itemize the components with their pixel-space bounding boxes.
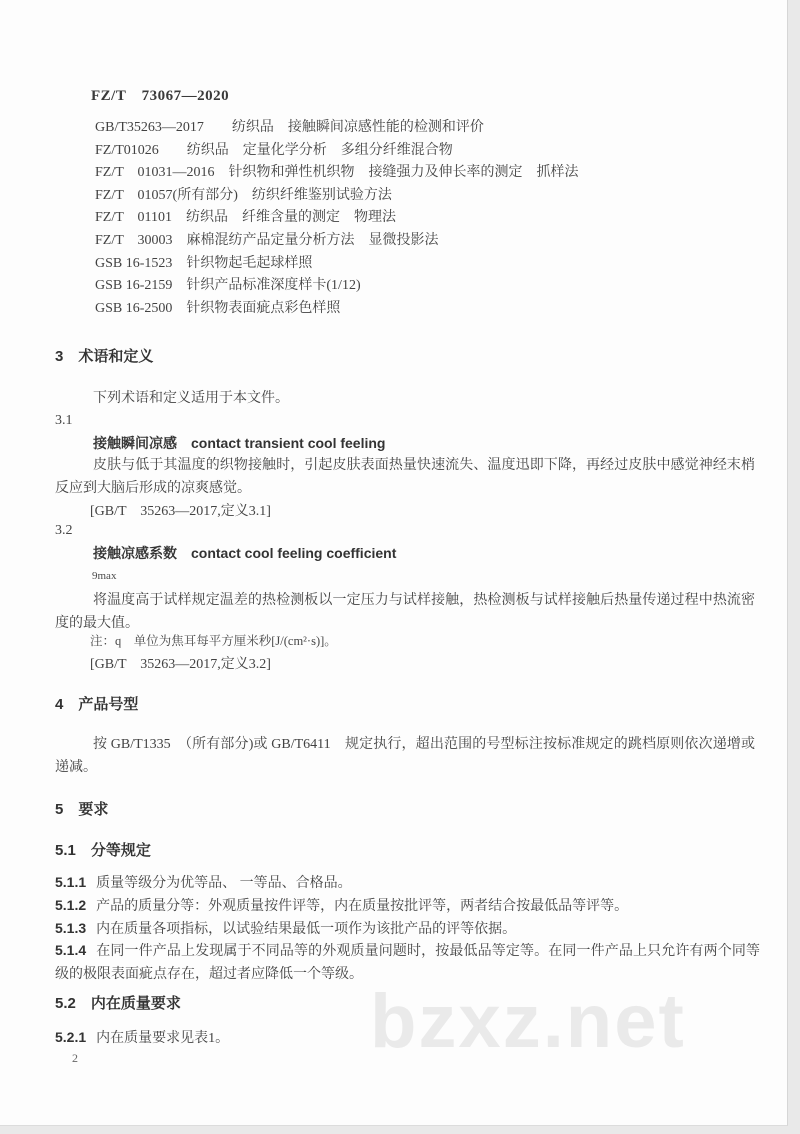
term-3-1-name: 接触瞬间凉感 contact transient cool feeling [93,433,385,453]
scanned-page: bzxz.net FZ/T 73067—2020 GB/T35263—2017 … [0,0,788,1126]
section-5-heading: 5 要求 [55,798,108,819]
clause-text: 质量等级分为优等品、 一等品、合格品。 [96,876,352,891]
clause-text: 内在质量要求见表1。 [96,1031,229,1046]
section-3-heading: 3 术语和定义 [55,345,153,366]
page-number: 2 [72,1051,78,1066]
clause-number: 5.1.4 [55,942,86,958]
clause-number: 5.1.1 [55,874,86,890]
clause-5-1-2: 5.1.2产品的质量分等：外观质量按件评等，内在质量按批评等，两者结合按最低品等… [55,894,760,919]
clause-text: 在同一件产品上发现属于不同品等的外观质量问题时，按最低品等定等。在同一件产品上只… [55,944,760,982]
reference-item: FZ/T 01101 纺织品 纤维含量的测定 物理法 [95,207,755,230]
standard-number-header: FZ/T 73067—2020 [91,84,229,105]
term-3-2-source: [GB/T 35263—2017,定义3.2] [90,653,271,673]
section-4-heading: 4 产品号型 [55,693,138,714]
term-3-1-source: [GB/T 35263—2017,定义3.1] [90,500,271,520]
clause-5-2-1: 5.2.1内在质量要求见表1。 [55,1026,760,1051]
clause-5-1-1: 5.1.1质量等级分为优等品、 一等品、合格品。 [55,871,760,896]
term-3-1-definition: 皮肤与低于其温度的织物接触时，引起皮肤表面热量快速流失、温度迅即下降，再经过皮肤… [55,454,755,500]
clause-5-1-4: 5.1.4在同一件产品上发现属于不同品等的外观质量问题时，按最低品等定等。在同一… [55,939,760,986]
reference-item: GB/T35263—2017 纺织品 接触瞬间凉感性能的检测和评价 [95,117,755,140]
reference-item: GSB 16-2159 针织产品标准深度样卡(1/12) [95,275,755,298]
clause-number: 5.1.2 [55,897,86,913]
section-5-2-heading: 5.2 内在质量要求 [55,992,181,1013]
clause-number: 5.2.1 [55,1029,86,1045]
section-3-intro: 下列术语和定义适用于本文件。 [55,387,755,410]
term-3-2-number: 3.2 [55,523,73,539]
clause-text: 产品的质量分等：外观质量按件评等，内在质量按批评等，两者结合按最低品等评等。 [96,899,628,914]
term-3-2-symbol: 9max [92,570,116,582]
reference-item: GSB 16-2500 针织物表面疵点彩色样照 [95,298,755,321]
clause-5-1-3: 5.1.3内在质量各项指标，以试验结果最低一项作为该批产品的评等依据。 [55,917,760,942]
term-3-2-definition: 将温度高于试样规定温差的热检测板以一定压力与试样接触，热检测板与试样接触后热量传… [55,589,755,635]
section-4-body: 按 GB/T1335 （所有部分)或 GB/T6411 规定执行，超出范围的号型… [55,733,755,779]
normative-references-list: GB/T35263—2017 纺织品 接触瞬间凉感性能的检测和评价 FZ/T01… [95,117,755,320]
term-3-1-number: 3.1 [55,413,73,429]
watermark: bzxz.net [370,978,686,1065]
reference-item: FZ/T 01031—2016 针织物和弹性机织物 接缝强力及伸长率的测定 抓样… [95,162,755,185]
clause-text: 内在质量各项指标，以试验结果最低一项作为该批产品的评等依据。 [96,922,516,937]
document-canvas: bzxz.net FZ/T 73067—2020 GB/T35263—2017 … [0,0,800,1134]
reference-item: FZ/T01026 纺织品 定量化学分析 多组分纤维混合物 [95,140,755,163]
reference-item: FZ/T 30003 麻棉混纺产品定量分析方法 显微投影法 [95,230,755,253]
reference-item: FZ/T 01057(所有部分) 纺织纤维鉴别试验方法 [95,185,755,208]
term-3-2-name: 接触凉感系数 contact cool feeling coefficient [93,543,396,563]
term-3-2-note: 注：q 单位为焦耳每平方厘米秒[J/(cm²·s)]。 [90,631,337,649]
reference-item: GSB 16-1523 针织物起毛起球样照 [95,253,755,276]
clause-number: 5.1.3 [55,920,86,936]
section-5-1-heading: 5.1 分等规定 [55,839,151,860]
